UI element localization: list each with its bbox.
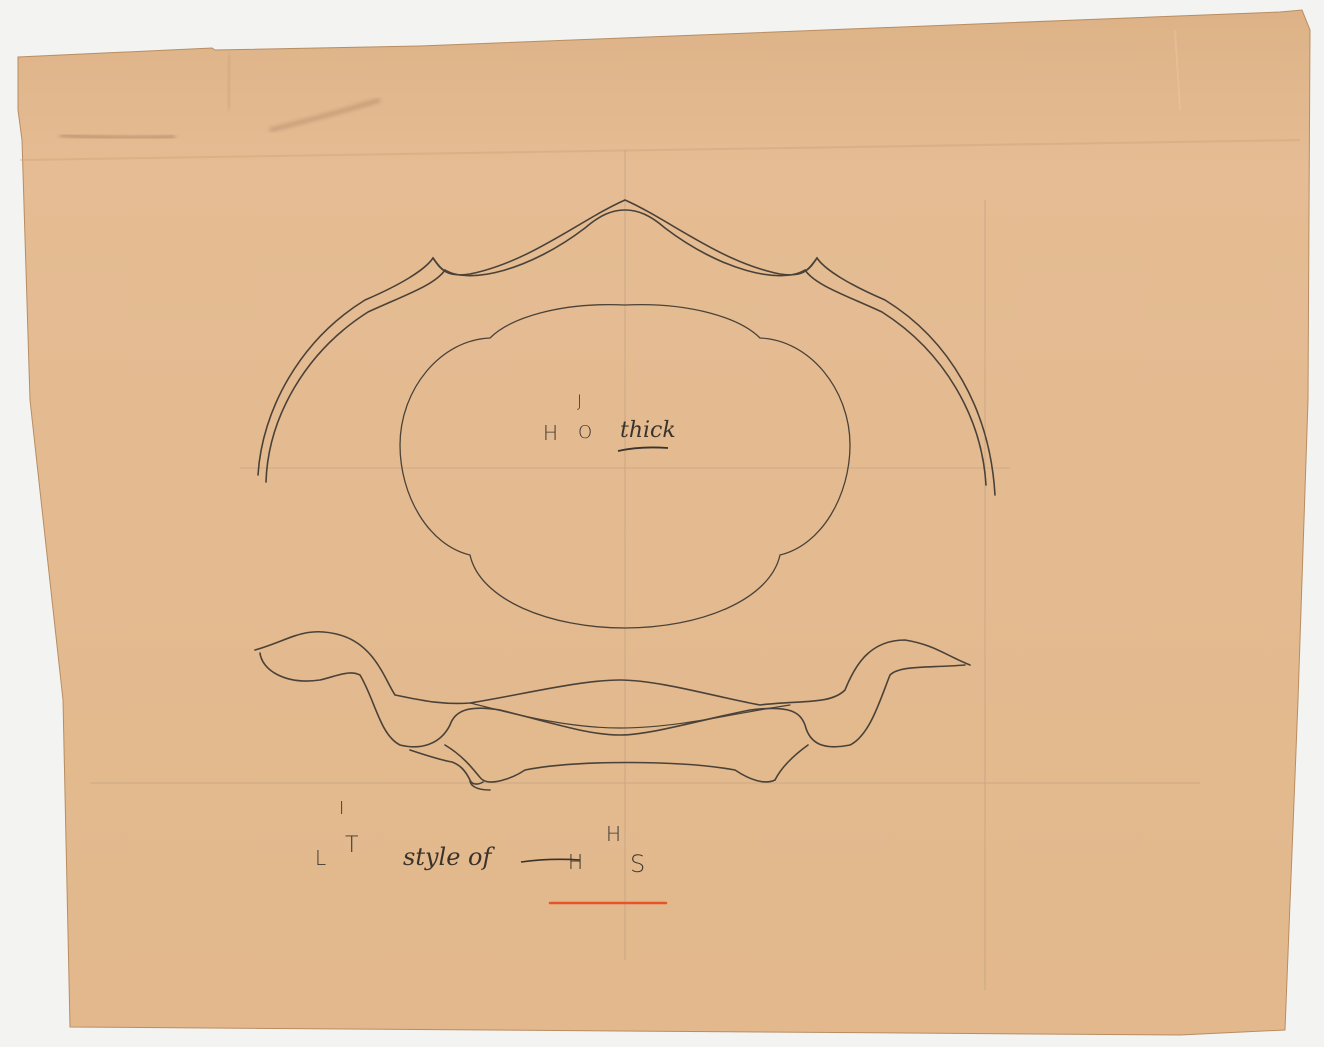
- artwork-canvas: J H O thick I L T style of S H H S: [0, 0, 1324, 1047]
- annotation-j: J: [577, 394, 582, 411]
- annotation-h-mid: H: [568, 852, 583, 872]
- paper: [18, 10, 1310, 1035]
- paper-sheet: [0, 0, 1324, 1047]
- annotation-i: I: [339, 800, 344, 818]
- annotation-l: L: [315, 848, 326, 868]
- annotation-thick: thick: [620, 420, 676, 442]
- annotation-o: O: [578, 424, 592, 442]
- annotation-h-top: H: [606, 824, 621, 844]
- annotation-style-of: style of: [403, 845, 491, 869]
- annotation-t: T: [345, 835, 358, 857]
- annotation-h: H: [543, 423, 558, 443]
- annotation-s: S: [630, 852, 645, 876]
